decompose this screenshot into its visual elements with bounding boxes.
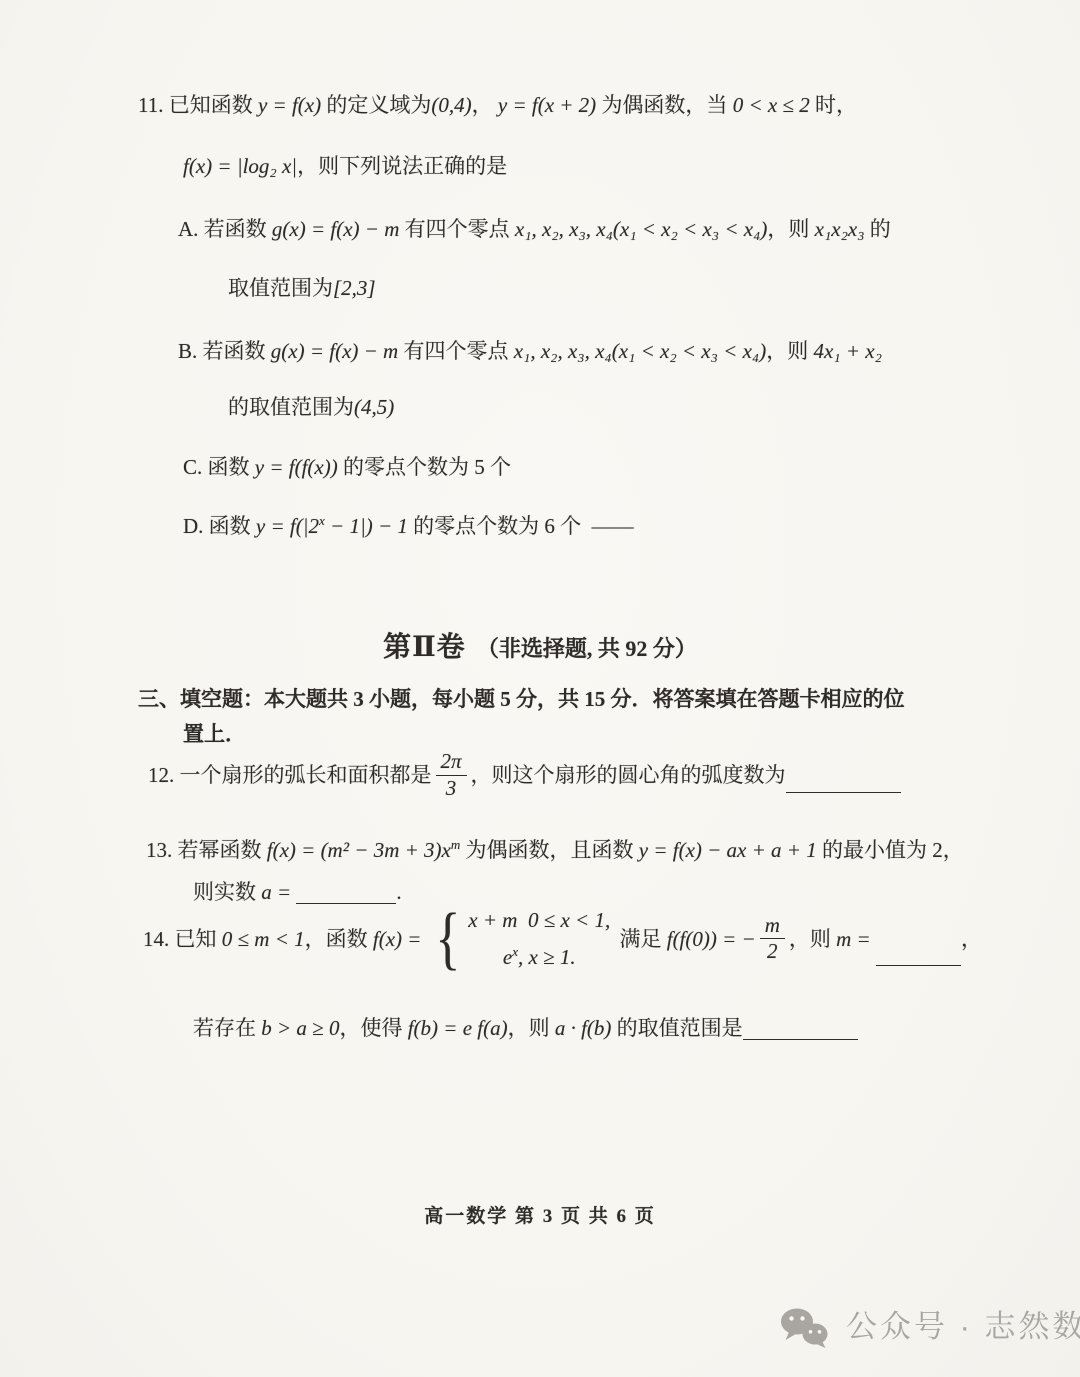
text-fragment: ， bbox=[472, 93, 498, 117]
fill-in-instruction-line-1: 三、填空题：本大题共 3 小题，每小题 5 分，共 15 分．将答案填在答题卡相… bbox=[138, 684, 905, 714]
text-fragment: 若存在 bbox=[193, 1016, 261, 1040]
answer-blank bbox=[296, 883, 396, 904]
text-fragment: 的零点个数为 5 个 bbox=[338, 455, 511, 479]
text-fragment: C. 函数 bbox=[183, 455, 255, 479]
math-fragment: (4,5) bbox=[354, 395, 394, 419]
question-14-line-2: 若存在 b > a ≥ 0，使得 f(b) = e f(a)，则 a · f(b… bbox=[193, 1013, 858, 1043]
math-fragment: − 1|) − 1 bbox=[325, 514, 408, 538]
text-fragment: 为偶函数，且函数 bbox=[460, 838, 639, 862]
math-fragment: y = f(x + 2) bbox=[498, 93, 596, 117]
text-fragment: 13. 若幂函数 bbox=[146, 838, 267, 862]
section-2-subtitle: （非选择题, 共 92 分） bbox=[477, 636, 697, 661]
question-14-line-1: 14. 已知 0 ≤ m < 1，函数 f(x) = {x + m 0 ≤ x … bbox=[143, 905, 982, 973]
option-b-line-2: 的取值范围为(4,5) bbox=[228, 392, 394, 422]
text-fragment: 的定义域为 bbox=[321, 93, 431, 117]
text-fragment: ，函数 bbox=[305, 924, 373, 954]
math-fragment: f(x) = bbox=[373, 924, 427, 954]
question-11-line-1: 11. 已知函数 y = f(x) 的定义域为(0,4)， y = f(x + … bbox=[138, 90, 857, 120]
wechat-icon bbox=[778, 1306, 830, 1349]
math-fragment: y = f(f(x)) bbox=[255, 455, 338, 479]
page-footer: 高一数学 第 3 页 共 6 页 bbox=[0, 1203, 1080, 1231]
fraction: m2 bbox=[760, 914, 785, 964]
text-fragment: B. 若函数 bbox=[178, 339, 271, 363]
answer-blank bbox=[743, 1019, 858, 1040]
text-fragment: 则实数 bbox=[193, 880, 261, 904]
text-fragment: D. 函数 bbox=[183, 514, 256, 538]
text-fragment: ，则这个扇形的圆心角的弧度数为 bbox=[471, 760, 786, 790]
section-2-header: 第Ⅱ卷 （非选择题, 共 92 分） bbox=[0, 628, 1080, 669]
math-fragment: 4x₁ + x₂ bbox=[813, 339, 881, 363]
exam-page: 11. 已知函数 y = f(x) 的定义域为(0,4)， y = f(x + … bbox=[0, 0, 1080, 1377]
section-2-title: 第Ⅱ卷 bbox=[383, 632, 466, 663]
question-13-line-2: 则实数 a = . bbox=[193, 877, 402, 907]
watermark-label: 公众号 · 志然数 bbox=[846, 1305, 1080, 1350]
math-fragment: 0 < x ≤ 2 bbox=[733, 93, 810, 117]
text-fragment: —— bbox=[581, 514, 634, 538]
text-fragment: 的取值范围是 bbox=[611, 1016, 742, 1040]
option-a-line-2: 取值范围为[2,3] bbox=[228, 273, 376, 303]
math-fragment: x₁x₂x₃ bbox=[815, 217, 865, 241]
text-fragment: ，则 bbox=[508, 1016, 555, 1040]
math-fragment: (0,4) bbox=[431, 93, 471, 117]
text-fragment: 的 bbox=[865, 217, 891, 241]
text-fragment: ，则 bbox=[766, 339, 813, 363]
text-fragment: 为偶函数，当 bbox=[596, 93, 733, 117]
math-fragment: g(x) = f(x) − m bbox=[272, 217, 399, 241]
text-fragment: 满足 bbox=[614, 924, 667, 954]
math-fragment: 0 ≤ m < 1 bbox=[222, 924, 305, 954]
math-fragment: b > a ≥ 0 bbox=[261, 1016, 339, 1040]
text-fragment: 的零点个数为 6 个 bbox=[408, 514, 581, 538]
math-fragment: x + m 0 ≤ x < 1, bbox=[468, 908, 610, 932]
math-fragment: x₁, x₂, x₃, x₄(x₁ < x₂ < x₃ < x₄) bbox=[515, 217, 767, 241]
option-b-line-1: B. 若函数 g(x) = f(x) − m 有四个零点 x₁, x₂, x₃,… bbox=[178, 336, 882, 366]
math-fragment: x₁, x₂, x₃, x₄(x₁ < x₂ < x₃ < x₄) bbox=[514, 339, 766, 363]
math-fragment: y = f(x) − ax + a + 1 bbox=[639, 838, 817, 862]
math-fragment: g(x) = f(x) − m bbox=[271, 339, 398, 363]
math-fragment: f(b) = e f(a) bbox=[408, 1016, 508, 1040]
text-fragment: 时， bbox=[810, 93, 857, 117]
text-fragment: ，则 bbox=[789, 924, 836, 954]
text-fragment: ，则 bbox=[767, 217, 814, 241]
text-fragment: 12. 一个扇形的弧长和面积都是 bbox=[148, 760, 432, 790]
math-fragment: a · f(b) bbox=[555, 1016, 612, 1040]
math-fragment: y = f(|2x bbox=[256, 514, 325, 538]
math-fragment: [2,3] bbox=[333, 276, 376, 300]
answer-blank bbox=[786, 772, 901, 793]
math-fragment: f(x) = (m² − 3m + 3)xm bbox=[267, 838, 461, 862]
text-fragment: 的最小值为 2， bbox=[817, 838, 964, 862]
option-d-line: D. 函数 y = f(|2x − 1|) − 1 的零点个数为 6 个 —— bbox=[183, 511, 634, 541]
text-fragment: 有四个零点 bbox=[399, 217, 515, 241]
fill-in-instruction-line-2: 置上． bbox=[183, 719, 246, 749]
math-fragment: ex bbox=[503, 945, 518, 969]
piecewise-cases: {x + m 0 ≤ x < 1,ex, x ≥ 1. bbox=[431, 905, 611, 973]
text-fragment: A. 若函数 bbox=[178, 217, 272, 241]
text-fragment: 14. 已知 bbox=[143, 924, 222, 954]
math-fragment: m = bbox=[836, 924, 876, 954]
question-12-line: 12. 一个扇形的弧长和面积都是2π3，则这个扇形的圆心角的弧度数为 bbox=[148, 750, 901, 800]
option-c-line: C. 函数 y = f(f(x)) 的零点个数为 5 个 bbox=[183, 452, 511, 482]
math-fragment: , x ≥ 1. bbox=[518, 945, 576, 969]
math-fragment: y = f(x) bbox=[258, 93, 321, 117]
text-fragment: ， bbox=[961, 924, 982, 954]
fraction: 2π3 bbox=[436, 750, 467, 800]
text-fragment: ，使得 bbox=[339, 1016, 407, 1040]
option-a-line-1: A. 若函数 g(x) = f(x) − m 有四个零点 x₁, x₂, x₃,… bbox=[178, 214, 891, 244]
answer-blank bbox=[876, 945, 961, 966]
text-fragment: 11. 已知函数 bbox=[138, 93, 258, 117]
math-fragment: f(x) = |log₂ x| bbox=[183, 154, 297, 178]
math-fragment: f(f(0)) = − bbox=[667, 924, 756, 954]
question-13-line-1: 13. 若幂函数 f(x) = (m² − 3m + 3)xm 为偶函数，且函数… bbox=[146, 835, 964, 865]
text-fragment: 有四个零点 bbox=[398, 339, 514, 363]
text-fragment: 取值范围为 bbox=[228, 276, 333, 300]
watermark: 公众号 · 志然数 bbox=[778, 1305, 1080, 1350]
question-11-line-2: f(x) = |log₂ x|，则下列说法正确的是 bbox=[183, 151, 507, 181]
math-fragment: a = bbox=[261, 880, 296, 904]
text-fragment: . bbox=[396, 880, 401, 904]
text-fragment: 的取值范围为 bbox=[228, 395, 354, 419]
text-fragment: ，则下列说法正确的是 bbox=[297, 154, 507, 178]
